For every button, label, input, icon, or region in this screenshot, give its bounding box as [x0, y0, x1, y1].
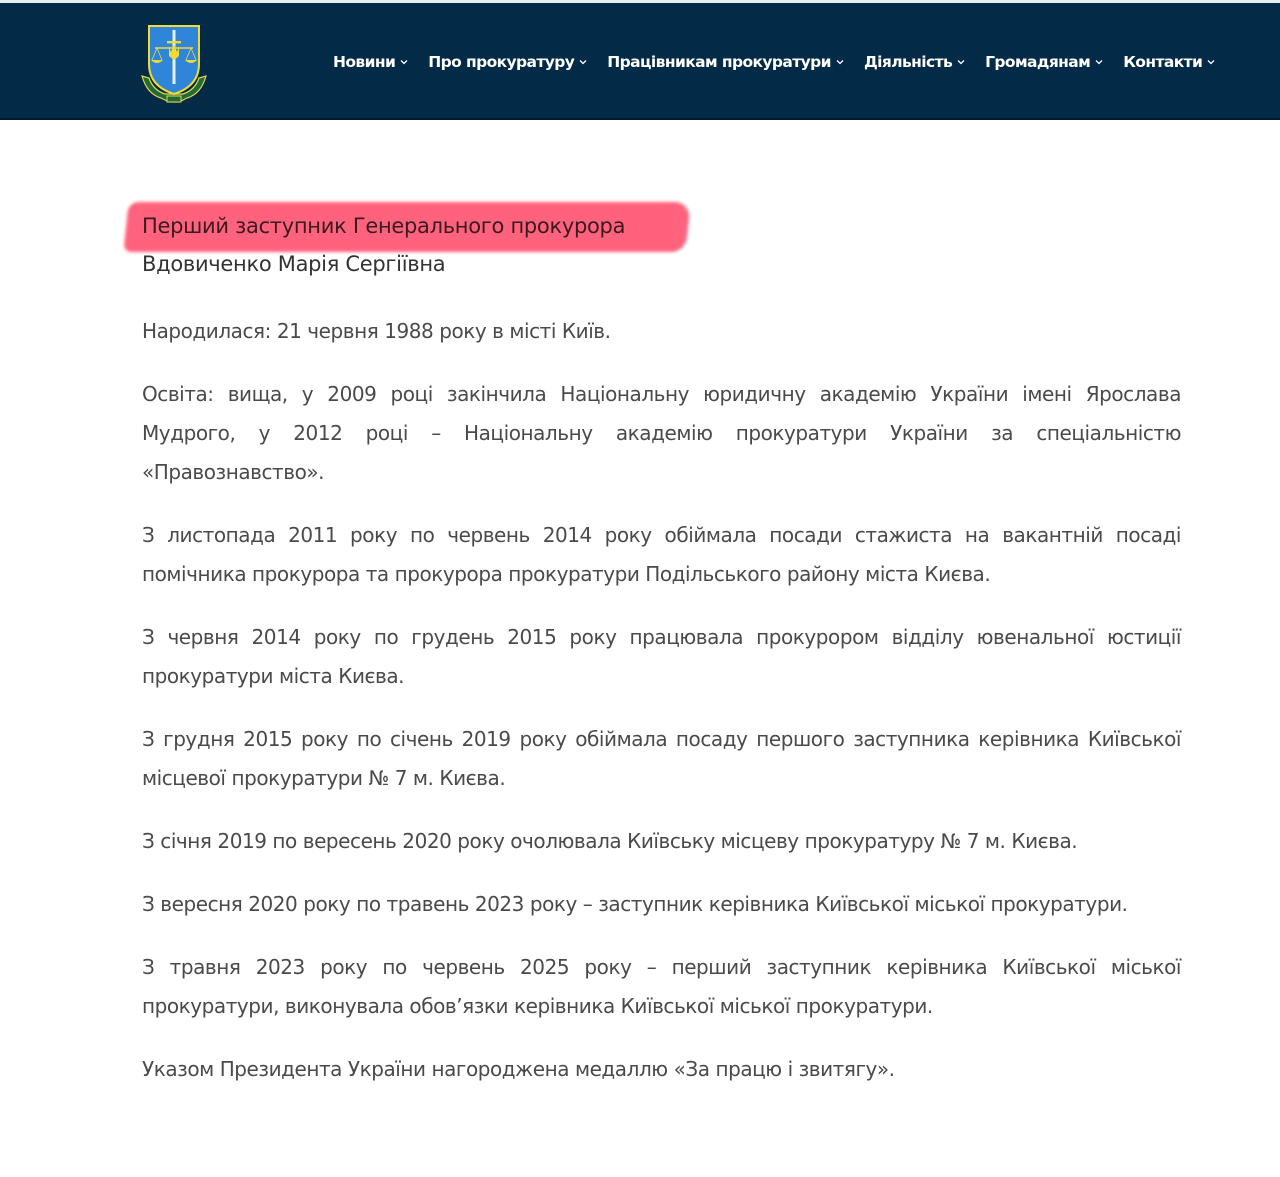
nav-item-staff[interactable]: Працівникам прокуратури [607, 53, 845, 71]
chevron-down-icon [956, 57, 966, 67]
chevron-down-icon [578, 57, 588, 67]
bio-paragraph-birth: Народилася: 21 червня 1988 року в місті … [142, 312, 1181, 351]
emblem-logo[interactable] [139, 24, 209, 104]
profile-content: Перший заступник Генерального прокурора … [142, 200, 1181, 1089]
position-title: Перший заступник Генерального прокурора [142, 200, 1181, 242]
nav-item-contacts[interactable]: Контакти [1123, 53, 1216, 71]
nav-item-label: Новини [333, 53, 395, 71]
nav-item-label: Контакти [1123, 53, 1202, 71]
bio-paragraph: З червня 2014 року по грудень 2015 року … [142, 618, 1181, 696]
nav-item-label: Про прокуратуру [428, 53, 574, 71]
chevron-down-icon [1094, 57, 1104, 67]
nav-item-label: Працівникам прокуратури [607, 53, 831, 71]
bio-paragraph: З січня 2019 по вересень 2020 року очолю… [142, 822, 1181, 861]
chevron-down-icon [399, 57, 409, 67]
nav-item-news[interactable]: Новини [333, 53, 409, 71]
shield-emblem-icon [139, 24, 209, 104]
bio-paragraph: З грудня 2015 року по січень 2019 року о… [142, 720, 1181, 798]
nav-item-about[interactable]: Про прокуратуру [428, 53, 588, 71]
site-header: Новини Про прокуратуру Працівникам проку… [0, 3, 1280, 120]
main-nav: Новини Про прокуратуру Працівникам проку… [333, 3, 1235, 120]
nav-item-activity[interactable]: Діяльність [864, 53, 966, 71]
biography: Народилася: 21 червня 1988 року в місті … [142, 312, 1181, 1089]
bio-paragraph-award: Указом Президента України нагороджена ме… [142, 1050, 1181, 1089]
chevron-down-icon [1206, 57, 1216, 67]
bio-paragraph: З травня 2023 року по червень 2025 року … [142, 948, 1181, 1026]
bio-paragraph: З вересня 2020 року по травень 2023 року… [142, 885, 1181, 924]
chevron-down-icon [835, 57, 845, 67]
nav-item-label: Діяльність [864, 53, 952, 71]
nav-item-citizens[interactable]: Громадянам [985, 53, 1104, 71]
person-name: Вдовиченко Марія Сергіївна [142, 248, 1181, 280]
bio-paragraph: З листопада 2011 року по червень 2014 ро… [142, 516, 1181, 594]
nav-item-label: Громадянам [985, 53, 1090, 71]
bio-paragraph-education: Освіта: вища, у 2009 році закінчила Наці… [142, 375, 1181, 492]
position-title-block: Перший заступник Генерального прокурора [142, 200, 1181, 244]
